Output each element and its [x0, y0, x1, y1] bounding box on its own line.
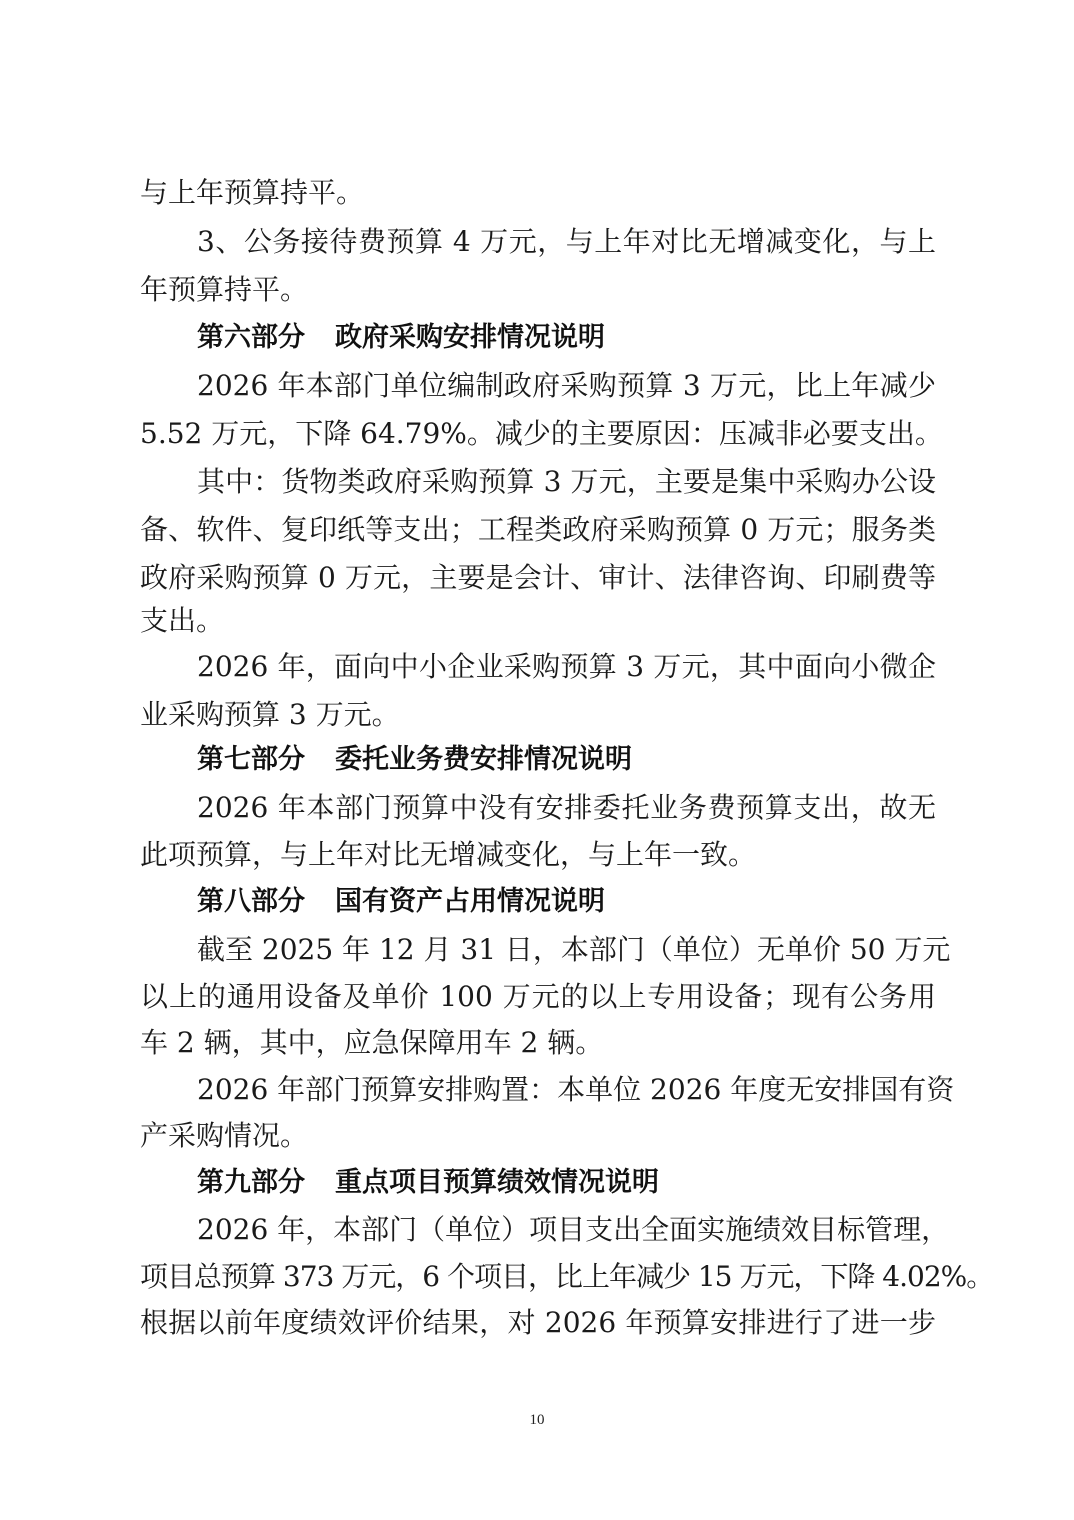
- paragraph-line: 2026 年部门预算安排购置：本单位 2026 年度无安排国有资: [197, 1073, 936, 1107]
- paragraph-line: 年预算持平。: [140, 273, 936, 307]
- paragraph-line: 与上年预算持平。: [140, 176, 936, 210]
- page-number: 10: [0, 1412, 1074, 1429]
- paragraph-line: 业采购预算 3 万元。: [140, 698, 936, 732]
- paragraph-line: 车 2 辆，其中，应急保障用车 2 辆。: [140, 1026, 936, 1060]
- paragraph-line: 2026 年，面向中小企业采购预算 3 万元，其中面向小微企: [197, 650, 936, 684]
- paragraph-line: 根据以前年度绩效评价结果，对 2026 年预算安排进行了进一步: [140, 1306, 936, 1340]
- paragraph-line: 此项预算，与上年对比无增减变化，与上年一致。: [140, 838, 936, 872]
- paragraph-line: 5.52 万元，下降 64.79%。减少的主要原因：压减非必要支出。: [140, 417, 936, 451]
- heading-title: 委托业务费安排情况说明: [335, 744, 632, 775]
- paragraph-line: 其中：货物类政府采购预算 3 万元，主要是集中采购办公设: [197, 465, 936, 499]
- section-heading-part-6: 第六部分政府采购安排情况说明: [197, 321, 605, 355]
- section-heading-part-7: 第七部分委托业务费安排情况说明: [197, 743, 632, 777]
- paragraph-line: 备、软件、复印纸等支出；工程类政府采购预算 0 万元；服务类: [140, 513, 936, 547]
- heading-title: 重点项目预算绩效情况说明: [335, 1167, 659, 1198]
- paragraph-line: 政府采购预算 0 万元，主要是会计、审计、法律咨询、印刷费等: [140, 561, 936, 595]
- heading-part-label: 第七部分: [197, 744, 305, 775]
- document-page: 与上年预算持平。 3、公务接待费预算 4 万元，与上年对比无增减变化，与上 年预…: [0, 0, 1074, 1520]
- paragraph-line: 2026 年本部门单位编制政府采购预算 3 万元，比上年减少: [197, 369, 936, 403]
- heading-part-label: 第九部分: [197, 1167, 305, 1198]
- heading-title: 政府采购安排情况说明: [335, 322, 605, 353]
- paragraph-line: 支出。: [140, 604, 936, 638]
- paragraph-line: 产采购情况。: [140, 1119, 936, 1153]
- heading-part-label: 第六部分: [197, 322, 305, 353]
- section-heading-part-9: 第九部分重点项目预算绩效情况说明: [197, 1166, 659, 1200]
- paragraph-line: 3、公务接待费预算 4 万元，与上年对比无增减变化，与上: [197, 225, 936, 259]
- heading-title: 国有资产占用情况说明: [335, 886, 605, 917]
- paragraph-line: 2026 年，本部门（单位）项目支出全面实施绩效目标管理，: [197, 1213, 936, 1247]
- section-heading-part-8: 第八部分国有资产占用情况说明: [197, 885, 605, 919]
- paragraph-line: 以上的通用设备及单价 100 万元的以上专用设备；现有公务用: [140, 980, 936, 1014]
- heading-part-label: 第八部分: [197, 886, 305, 917]
- paragraph-line: 2026 年本部门预算中没有安排委托业务费预算支出，故无: [197, 791, 936, 825]
- paragraph-line: 项目总预算 373 万元，6 个项目，比上年减少 15 万元，下降 4.02%。: [140, 1260, 936, 1294]
- paragraph-line: 截至 2025 年 12 月 31 日，本部门（单位）无单价 50 万元: [197, 933, 936, 967]
